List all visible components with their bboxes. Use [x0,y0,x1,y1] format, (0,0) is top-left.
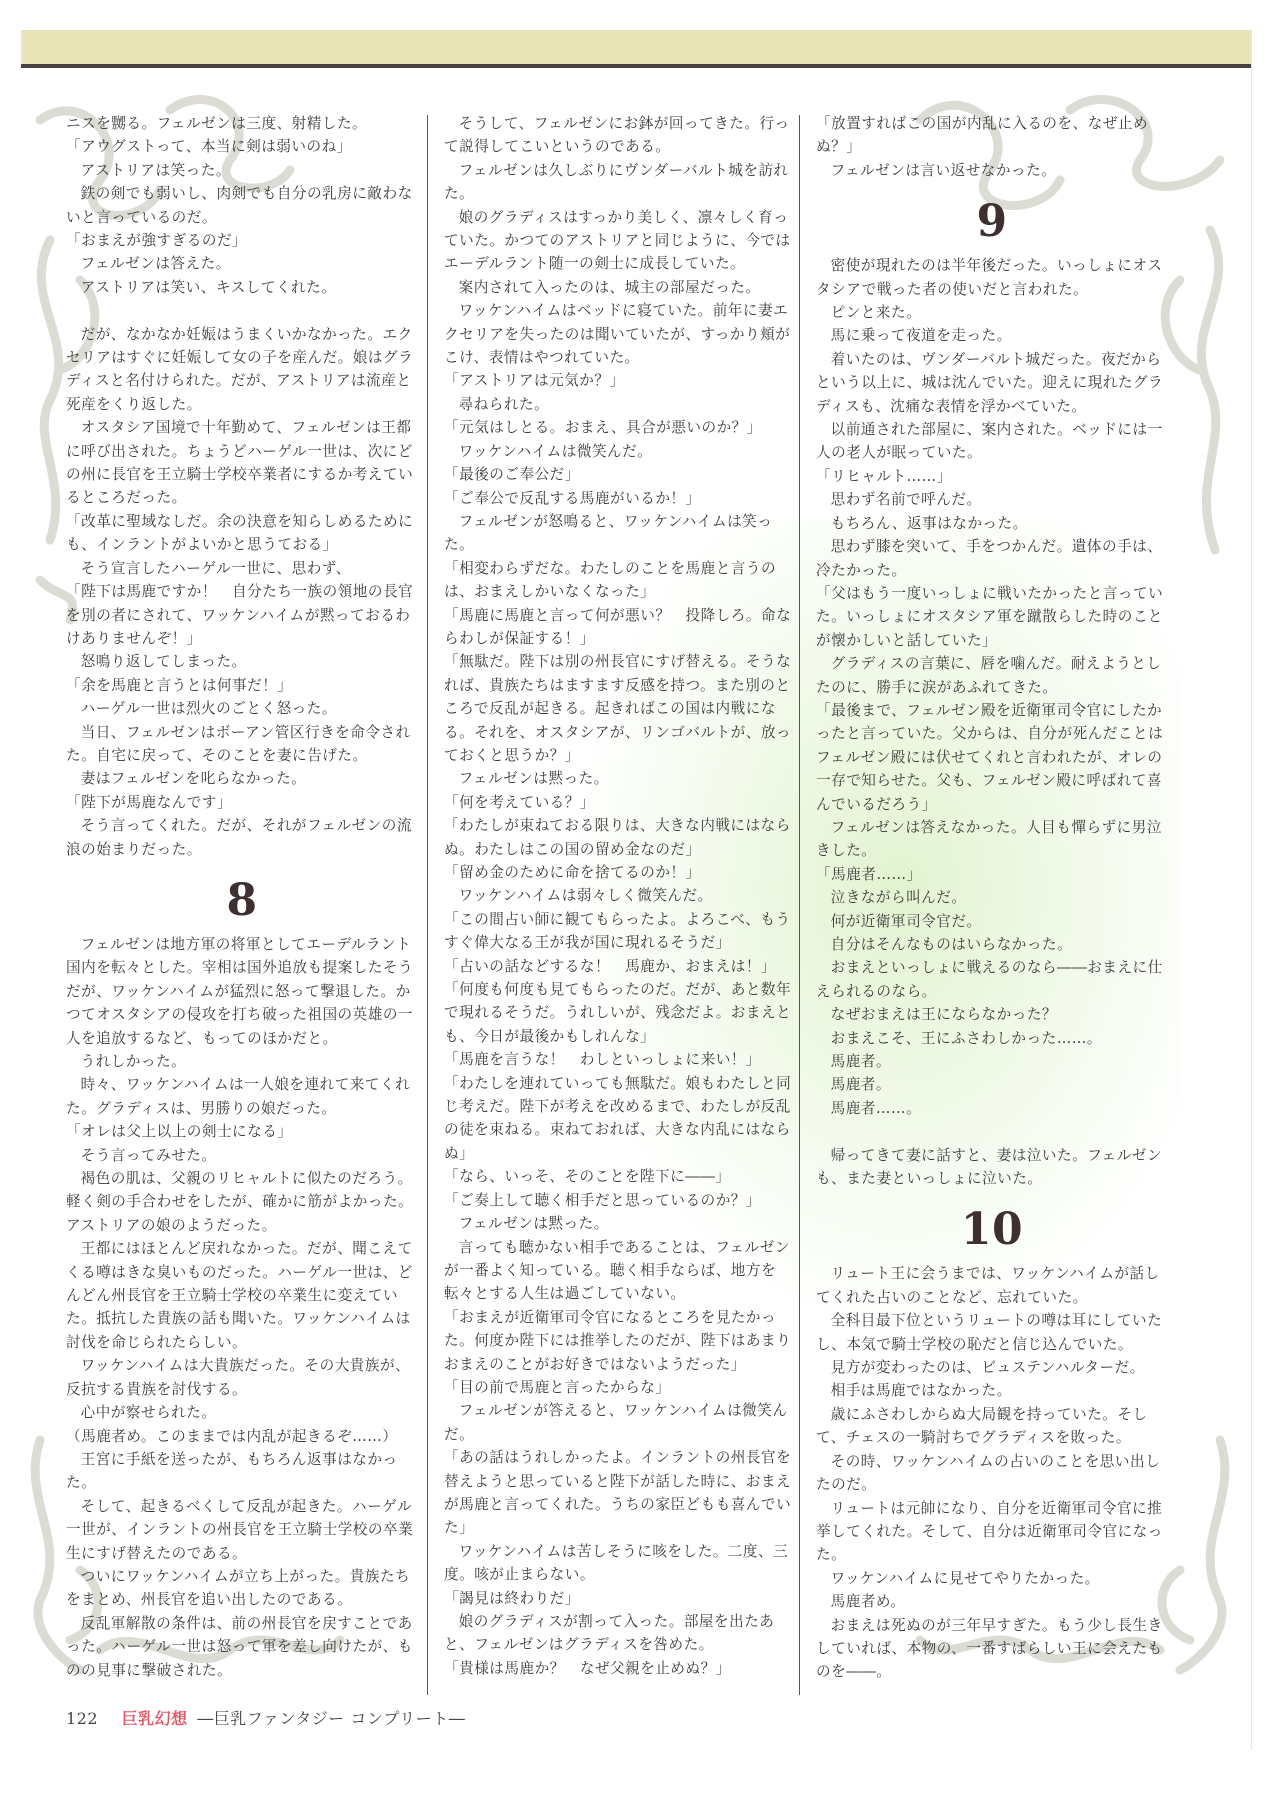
paragraph: 案内されて入ったのは、城主の部屋だった。 [444,276,796,299]
paragraph: 馬鹿者。 [816,1073,1168,1096]
paragraph: フェルゼンは久しぶりにヴンダーバルト城を訪れた。 [444,159,796,206]
paragraph: 心中が察せられた。 [66,1401,418,1424]
paragraph: リュートは元帥になり、自分を近衛軍司令官に推挙してくれた。そして、自分は近衛軍司… [816,1497,1168,1567]
paragraph: 馬鹿者め。 [816,1590,1168,1613]
paragraph: 帰ってきて妻に話すと、妻は泣いた。フェルゼンも、また妻といっしょに泣いた。 [816,1144,1168,1191]
paragraph: 見方が変わったのは、ビュステンハルターだ。 [816,1356,1168,1379]
paragraph: 馬鹿者。 [816,1050,1168,1073]
paragraph: 以前通された部屋に、案内された。ベッドには一人の老人が眠っていた。 [816,418,1168,465]
paragraph: 馬に乗って夜道を走った。 [816,324,1168,347]
paragraph: 鉄の剣でも弱いし、肉剣でも自分の乳房に敵わないと言っているのだ。 [66,182,418,229]
dialogue-line: 「アストリアは元気か？」 [444,369,796,392]
paragraph: 当日、フェルゼンはボーアン管区行きを命令された。自宅に戻って、そのことを妻に告げ… [66,721,418,768]
paragraph: オスタシア国境で十年勤めて、フェルゼンは王都に呼び出された。ちょうどハーゲル一世… [66,416,418,510]
paragraph: 密使が現れたのは半年後だった。いっしょにオスタシアで戦った者の使いだと言われた。 [816,254,1168,301]
paragraph: そう宣言したハーゲル一世に、思わず、 [66,557,418,580]
paragraph: おまえこそ、王にふさわしかった……。 [816,1027,1168,1050]
dialogue-line: 「無駄だ。陛下は別の州長官にすげ替える。そうなれば、貴族たちはますます反感を持つ… [444,650,796,767]
paragraph: 泣きながら叫んだ。 [816,886,1168,909]
paragraph: 自分はそんなものはいらなかった。 [816,933,1168,956]
paragraph: ワッケンハイムは大貴族だった。その大貴族が、反抗する貴族を討伐する。 [66,1354,418,1401]
paragraph: そう言ってくれた。だが、それがフェルゼンの流浪の始まりだった。 [66,814,418,861]
paragraph: そう言ってみせた。 [66,1144,418,1167]
paragraph: アストリアは笑い、キスしてくれた。 [66,276,418,299]
dialogue-line: 「元気はしとる。おまえ、具合が悪いのか？」 [444,416,796,439]
paragraph: そうして、フェルゼンにお鉢が回ってきた。行って説得してこいというのである。 [444,112,796,159]
paragraph: グラディスの言葉に、唇を噛んだ。耐えようとしたのに、勝手に涙があふれてきた。 [816,652,1168,699]
paragraph: ハーゲル一世は烈火のごとく怒った。 [66,697,418,720]
paragraph: 着いたのは、ヴンダーバルト城だった。夜だからという以上に、城は沈んでいた。迎えに… [816,348,1168,418]
paragraph: 反乱軍解散の条件は、前の州長官を戻すことであった。ハーゲル一世は怒って軍を差し向… [66,1612,418,1682]
paragraph: フェルゼンは答えた。 [66,252,418,275]
dialogue-line: 「留め金のために命を捨てるのか！」 [444,861,796,884]
paragraph: フェルゼンは黙った。 [444,767,796,790]
paragraph: 王宮に手紙を送ったが、もちろん返事はなかった。 [66,1448,418,1495]
chapter-number: 10 [816,1202,1168,1258]
dialogue-line: 「改革に聖域なしだ。余の決意を知らしめるためにも、インラントがよいかと思うておる… [66,510,418,557]
dialogue-line: 「馬鹿を言うな！ わしといっしょに来い！」 [444,1048,796,1071]
paragraph: ワッケンハイムは弱々しく微笑んだ。 [444,884,796,907]
paragraph: 言っても聴かない相手であることは、フェルゼンが一番よく知っている。聴く相手ならば… [444,1236,796,1306]
paragraph: 娘のグラディスはすっかり美しく、凛々しく育っていた。かつてのアストリアと同じよう… [444,206,796,276]
paragraph: 何が近衛軍司令官だ。 [816,910,1168,933]
book-title: 巨乳幻想 [122,1709,188,1728]
paragraph: もちろん、返事はなかった。 [816,512,1168,535]
paragraph: その時、ワッケンハイムの占いのことを思い出したのだ。 [816,1450,1168,1497]
paragraph: 馬鹿者……。 [816,1097,1168,1120]
dialogue-line: 「父はもう一度いっしょに戦いたかったと言っていた。いっしょにオスタシア軍を蹴散ら… [816,582,1168,652]
paragraph: ワッケンハイムは苦しそうに咳をした。二度、三度。咳が止まらない。 [444,1540,796,1587]
dialogue-line: 「この間占い師に観てもらったよ。よろこべ、もうすぐ偉大なる王が我が国に現れるそう… [444,908,796,955]
paragraph: うれしかった。 [66,1050,418,1073]
book-subtitle: ―巨乳ファンタジー コンプリート― [197,1709,465,1728]
paragraph: 相手は馬鹿ではなかった。 [816,1379,1168,1402]
paragraph: 全科目最下位というリュートの噂は耳にしていたし、本気で騎士学校の恥だと信じ込んで… [816,1309,1168,1356]
dialogue-line: 「オレは父上以上の剣士になる」 [66,1120,418,1143]
page-number: 122 [66,1709,98,1728]
dialogue-line: 「最後のご奉公だ」 [444,463,796,486]
text-column-3: 「放置すればこの国が内乱に入るのを、なぜ止めぬ？」フェルゼンは言い返せなかった。… [816,112,1168,1684]
dialogue-line: 「陛下が馬鹿なんです」 [66,791,418,814]
dialogue-line: 「占いの話などするな！ 馬鹿か、おまえは！」 [444,955,796,978]
paragraph: おまえといっしょに戦えるのなら――おまえに仕えられるのなら。 [816,956,1168,1003]
paragraph: 時々、ワッケンハイムは一人娘を連れて来てくれた。グラディスは、男勝りの娘だった。 [66,1073,418,1120]
dialogue-line: 「わたしが束ねておる限りは、大きな内戦にはならぬ。わたしはこの国の留め金なのだ」 [444,814,796,861]
paragraph: 思わず膝を突いて、手をつかんだ。遺体の手は、冷たかった。 [816,535,1168,582]
column-divider [427,115,428,1695]
paragraph: ワッケンハイムに見せてやりたかった。 [816,1567,1168,1590]
paragraph: （馬鹿者め。このままでは内乱が起きるぞ……） [66,1425,418,1448]
dialogue-line: 「おまえが近衛軍司令官になるところを見たかった。何度か陛下には推挙したのだが、陛… [444,1306,796,1376]
dialogue-line: 「おまえが強すぎるのだ」 [66,229,418,252]
dialogue-line: 「馬鹿者……」 [816,863,1168,886]
dialogue-line: 「ご奉公で反乱する馬鹿がいるか！」 [444,487,796,510]
paragraph: アストリアは笑った。 [66,159,418,182]
chapter-number: 9 [816,194,1168,250]
page-edge [1251,30,1252,1750]
paragraph: そして、起きるべくして反乱が起きた。ハーゲル一世が、インラントの州長官を王立騎士… [66,1495,418,1565]
paragraph: リュート王に会うまでは、ワッケンハイムが話してくれた占いのことなど、忘れていた。 [816,1262,1168,1309]
paragraph: 王都にはほとんど戻れなかった。だが、聞こえてくる噂はきな臭いものだった。ハーゲル… [66,1237,418,1354]
paragraph: フェルゼンは言い返せなかった。 [816,159,1168,182]
dialogue-line: 「陛下は馬鹿ですか！ 自分たち一族の領地の長官を別の者にされて、ワッケンハイムが… [66,580,418,650]
paragraph: フェルゼンが怒鳴ると、ワッケンハイムは笑った。 [444,510,796,557]
dialogue-line: 「貴様は馬鹿か？ なぜ父親を止めぬ？」 [444,1657,796,1680]
paragraph-break [816,1120,1168,1143]
paragraph: おまえは死ぬのが三年早すぎた。もう少し長生きしていれば、本物の、一番すばらしい王… [816,1614,1168,1684]
header-band [21,30,1251,67]
paragraph: ワッケンハイムは微笑んだ。 [444,440,796,463]
text-column-2: そうして、フェルゼンにお鉢が回ってきた。行って説得してこいというのである。フェル… [444,112,796,1680]
dialogue-line: 「ご奏上して聴く相手だと思っているのか？」 [444,1189,796,1212]
text-column-1: ニスを嬲る。フェルゼンは三度、射精した。「アウグストって、本当に剣は弱いのね」ア… [66,112,418,1682]
paragraph: フェルゼンは答えなかった。人目も憚らずに男泣きした。 [816,816,1168,863]
paragraph: ワッケンハイムはベッドに寝ていた。前年に妻エクセリアを失ったのは聞いていたが、す… [444,299,796,369]
paragraph: フェルゼンは地方軍の将軍としてエーデルラント国内を転々とした。宰相は国外追放も提… [66,933,418,1050]
paragraph: 娘のグラディスが割って入った。部屋を出たあと、フェルゼンはグラディスを咎めた。 [444,1610,796,1657]
paragraph: 尋ねられた。 [444,393,796,416]
header-rule [21,64,1251,68]
paragraph: ピンと来た。 [816,301,1168,324]
dialogue-line: 「あの話はうれしかったよ。インラントの州長官を替えようと思っていると陛下が話した… [444,1446,796,1540]
chapter-number: 8 [66,873,418,929]
dialogue-line: 「何を考えている？」 [444,791,796,814]
dialogue-line: 「余を馬鹿と言うとは何事だ！」 [66,674,418,697]
paragraph: なぜおまえは王にならなかった？ [816,1003,1168,1026]
paragraph: ついにワッケンハイムが立ち上がった。貴族たちをまとめ、州長官を追い出したのである… [66,1565,418,1612]
dialogue-line: 「目の前で馬鹿と言ったからな」 [444,1376,796,1399]
dialogue-line: 「何度も何度も見てもらったのだ。だが、あと数年で現れるそうだ。うれしいが、残念だ… [444,978,796,1048]
paragraph: 褐色の肌は、父親のリヒャルトに似たのだろう。軽く剣の手合わせをしたが、確かに筋が… [66,1167,418,1237]
paragraph: だが、なかなか妊娠はうまくいかなかった。エクセリアはすぐに妊娠して女の子を産んだ… [66,323,418,417]
page-footer: 122 巨乳幻想 ―巨乳ファンタジー コンプリート― [66,1706,465,1729]
dialogue-line: 「わたしを連れていっても無駄だ。娘もわたしと同じ考えだ。陛下が考えを改めるまで、… [444,1072,796,1166]
paragraph: フェルゼンが答えると、ワッケンハイムは微笑んだ。 [444,1399,796,1446]
paragraph-break [66,299,418,322]
paragraph: 妻はフェルゼンを叱らなかった。 [66,767,418,790]
dialogue-line: 「リヒャルト……」 [816,465,1168,488]
paragraph: 歳にふさわしからぬ大局観を持っていた。そして、チェスの一騎討ちでグラディスを敗っ… [816,1403,1168,1450]
dialogue-line: 「謁見は終わりだ」 [444,1587,796,1610]
dialogue-line: 「放置すればこの国が内乱に入るのを、なぜ止めぬ？」 [816,112,1168,159]
paragraph: 怒鳴り返してしまった。 [66,650,418,673]
dialogue-line: 「なら、いっそ、そのことを陛下に――」 [444,1165,796,1188]
paragraph: フェルゼンは黙った。 [444,1212,796,1235]
dialogue-line: 「アウグストって、本当に剣は弱いのね」 [66,135,418,158]
dialogue-line: 「最後まで、フェルゼン殿を近衛軍司令官にしたかったと言っていた。父からは、自分が… [816,699,1168,816]
paragraph: ニスを嬲る。フェルゼンは三度、射精した。 [66,112,418,135]
column-divider [799,115,800,1695]
dialogue-line: 「馬鹿に馬鹿と言って何が悪い？ 投降しろ。命ならわしが保証する！」 [444,604,796,651]
dialogue-line: 「相変わらずだな。わたしのことを馬鹿と言うのは、おまえしかいなくなった」 [444,557,796,604]
paragraph: 思わず名前で呼んだ。 [816,488,1168,511]
